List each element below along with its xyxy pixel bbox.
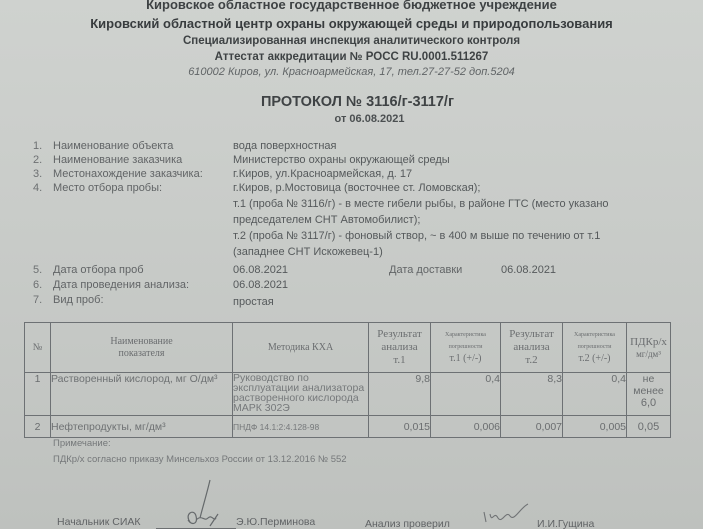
col-header-result-t1: Результат анализа т.1 xyxy=(369,323,431,373)
pdk-number: 0,05 xyxy=(638,421,659,433)
field-label-sampling-date: Дата отбора проб xyxy=(53,264,144,276)
result-t2: 0,007 xyxy=(501,416,563,438)
header-text: т.1 xyxy=(393,354,405,366)
field-value-sampling-place: председателем СНТ Автомобилист); xyxy=(233,214,420,226)
col-header-pdk: ПДКр/х мг/дм³ xyxy=(627,323,671,373)
results-table: № Наименование показателя Методика КХА Р… xyxy=(24,322,671,438)
pdk-prefix: не менее xyxy=(633,373,664,397)
char-t2: 0,005 xyxy=(563,416,627,438)
field-value-analysis-date: 06.08.2021 xyxy=(233,279,288,291)
col-header-char-t2: Характеристика погрешности т.2 (+/-) xyxy=(563,323,627,373)
result-t2: 8,3 xyxy=(501,373,563,416)
note-title: Примечание: xyxy=(53,438,111,449)
header-text: Характеристика xyxy=(574,332,615,338)
org-name-line2: Кировский областной центр охраны окружаю… xyxy=(0,16,703,31)
col-header-name-text: Наименование показателя xyxy=(97,336,187,360)
header-text: т.2 xyxy=(525,354,537,366)
note-text: ПДКр/х согласно приказу Минсельхоз Росси… xyxy=(53,454,347,465)
org-department: Специализированная инспекция аналитическ… xyxy=(0,35,703,47)
indicator-name: Нефтепродукты, мг/дм³ xyxy=(51,416,233,438)
protocol-title: ПРОТОКОЛ № 3116/г-3117/г xyxy=(0,94,703,110)
org-name-line1: Кировское областное государственное бюдж… xyxy=(0,0,703,12)
col-header-name: Наименование показателя xyxy=(51,323,233,373)
col-header-num: № xyxy=(25,323,51,373)
field-value-sampling-place: т.2 (проба № 3117/г) - фоновый створ, ~ … xyxy=(233,230,600,242)
indicator-name: Растворенный кислород, мг O/дм³ xyxy=(51,373,233,416)
header-text: анализа xyxy=(513,341,549,353)
field-value-object: вода поверхностная xyxy=(233,140,336,152)
org-address: 610002 Киров, ул. Красноармейская, 17, т… xyxy=(0,66,703,78)
header-text: т.1 (+/-) xyxy=(449,353,481,364)
result-t1: 9,8 xyxy=(369,373,431,416)
result-t1: 0,015 xyxy=(369,416,431,438)
head-name: Э.Ю.Перминова xyxy=(236,516,315,528)
row-num: 2 xyxy=(25,416,51,438)
field-label-delivery-date: Дата доставки xyxy=(389,264,462,276)
char-t1: 0,006 xyxy=(431,416,501,438)
field-value-delivery-date: 06.08.2021 xyxy=(501,264,556,276)
field-num: 6. xyxy=(33,279,42,291)
header-text: ПДКр/х xyxy=(630,336,667,348)
table-header-row: № Наименование показателя Методика КХА Р… xyxy=(25,323,671,373)
header-text: Результат xyxy=(509,328,554,340)
header-text: Характеристика xyxy=(445,332,486,338)
checker-name: И.И.Гущина xyxy=(537,518,594,529)
field-label-analysis-date: Дата проведения анализа: xyxy=(53,279,189,291)
field-value-sampling-date: 06.08.2021 xyxy=(233,264,288,276)
field-value-sampling-place: (западнее СНТ Искожевец-1) xyxy=(233,246,383,258)
header-text: погрешности xyxy=(578,344,612,350)
table-row: 2 Нефтепродукты, мг/дм³ ПНДФ 14.1:2:4.12… xyxy=(25,416,671,438)
field-num: 2. xyxy=(33,154,42,166)
accreditation: Аттестат аккредитации № РОСС RU.0001.511… xyxy=(0,51,703,63)
head-signature-icon xyxy=(170,478,240,528)
col-header-char-t1: Характеристика погрешности т.1 (+/-) xyxy=(431,323,501,373)
field-value-sample-type: простая xyxy=(233,296,274,308)
field-label-customer: Наименование заказчика xyxy=(53,154,182,166)
char-t2: 0,4 xyxy=(563,373,627,416)
checker-signature-icon xyxy=(478,500,538,528)
char-t1: 0,4 xyxy=(431,373,501,416)
field-value-sampling-place: г.Киров, р.Мостовица (восточнее ст. Ломо… xyxy=(233,182,480,194)
header-text: т.2 (+/-) xyxy=(578,353,610,364)
pdk-value: не менее 6,0 xyxy=(627,373,671,416)
field-value-sampling-place: т.1 (проба № 3116/г) - в месте гибели ры… xyxy=(233,198,609,210)
pdk-value: 0,05 xyxy=(627,416,671,438)
field-label-sample-type: Вид проб: xyxy=(53,294,104,306)
head-label: Начальник СИАК xyxy=(57,516,141,528)
header-text: анализа xyxy=(381,341,417,353)
protocol-date: от 06.08.2021 xyxy=(0,113,703,125)
col-header-result-t2: Результат анализа т.2 xyxy=(501,323,563,373)
field-num: 3. xyxy=(33,168,42,180)
header-text: погрешности xyxy=(449,344,483,350)
field-num: 7. xyxy=(33,294,42,306)
col-header-method: Методика КХА xyxy=(233,323,369,373)
pdk-number: 6,0 xyxy=(641,397,656,409)
field-num: 4. xyxy=(33,182,42,194)
header-text: мг/дм³ xyxy=(636,349,661,359)
method-name: Руководство по эксплуатации анализатора … xyxy=(233,373,369,416)
checker-label: Анализ проверил xyxy=(365,518,450,529)
header-text: Результат xyxy=(377,328,422,340)
field-label-customer-address: Местонахождение заказчика: xyxy=(53,168,203,180)
method-name: ПНДФ 14.1:2:4.128-98 xyxy=(233,416,369,438)
field-num: 1. xyxy=(33,140,42,152)
field-value-customer: Министерство охраны окружающей среды xyxy=(233,154,450,166)
table-row: 1 Растворенный кислород, мг O/дм³ Руково… xyxy=(25,373,671,416)
field-label-sampling-place: Место отбора пробы: xyxy=(53,182,162,194)
field-label-object: Наименование объекта xyxy=(53,140,173,152)
field-num: 5. xyxy=(33,264,42,276)
row-num: 1 xyxy=(25,373,51,416)
field-value-customer-address: г.Киров, ул.Красноармейская, д. 17 xyxy=(233,168,412,180)
